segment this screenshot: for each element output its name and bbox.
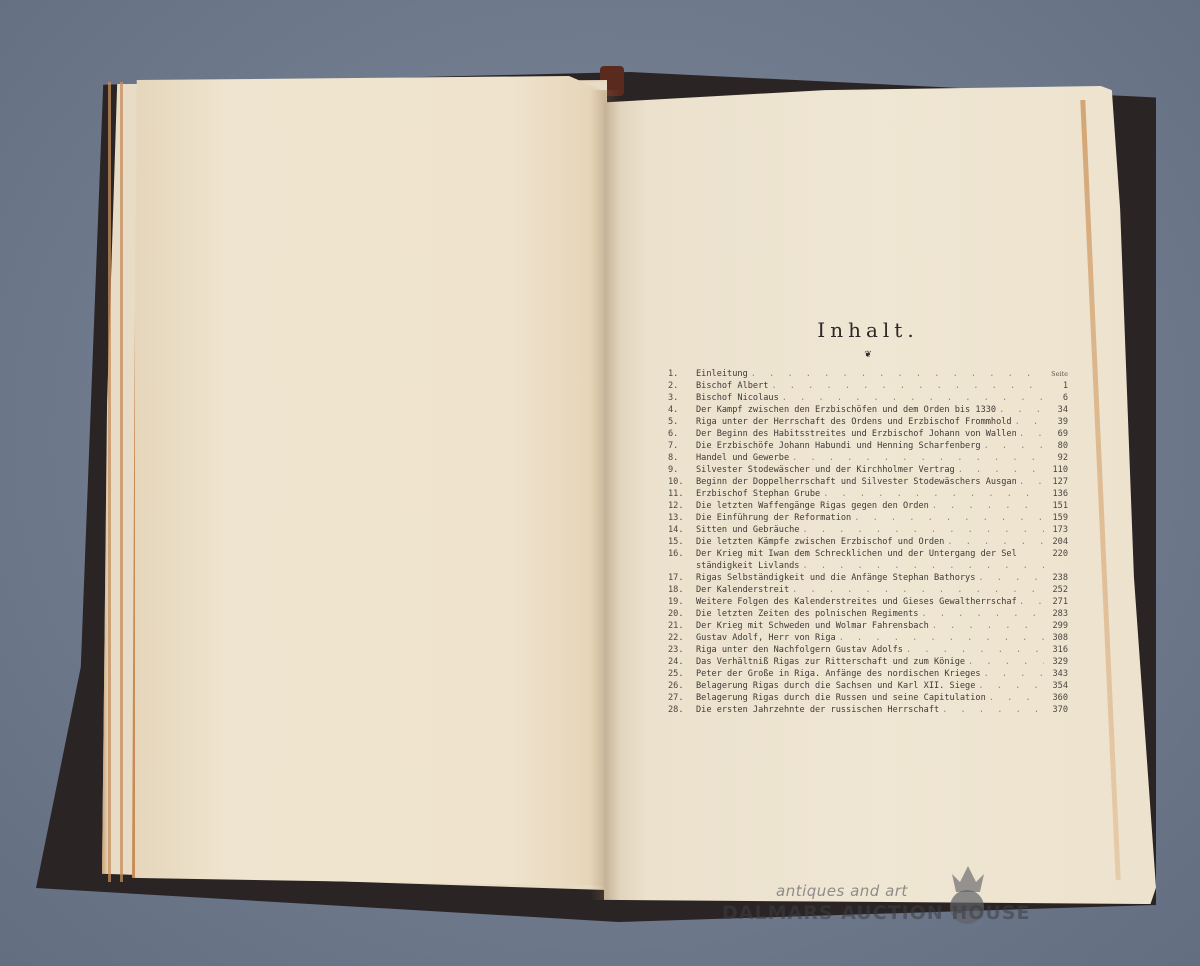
entry-page-number: 220 <box>1044 548 1068 560</box>
entry-title: Einleitung <box>696 368 748 380</box>
entry-page-number: 360 <box>1044 692 1068 704</box>
leader-dots <box>955 464 1044 476</box>
ornament-icon: ❦ <box>668 350 1068 360</box>
toc-list: 1.Einleitung2.Bischof Albert13.Bischof N… <box>668 368 1068 716</box>
entry-number: 3. <box>668 392 696 404</box>
entry-number: 1. <box>668 368 696 380</box>
entry-title: Rigas Selbständigkeit und die Anfänge St… <box>696 572 975 584</box>
entry-number: 16. <box>668 548 696 560</box>
page-title: Inhalt. <box>668 318 1068 342</box>
toc-entry: 8.Handel und Gewerbe92 <box>668 452 1068 464</box>
entry-title: Der Kalenderstreit <box>696 584 789 596</box>
toc-entry: 6.Der Beginn des Habitsstreites und Erzb… <box>668 428 1068 440</box>
entry-title: Der Krieg mit Schweden und Wolmar Fahren… <box>696 620 929 632</box>
toc-entry: 12.Die letzten Waffengänge Rigas gegen d… <box>668 500 1068 512</box>
page-edge-line <box>108 82 111 882</box>
leader-dots <box>851 512 1044 524</box>
leader-dots <box>981 668 1044 680</box>
entry-number: 4. <box>668 404 696 416</box>
entry-number: 14. <box>668 524 696 536</box>
entry-page-number: 329 <box>1044 656 1068 668</box>
table-of-contents: Inhalt. ❦ Seite 1.Einleitung2.Bischof Al… <box>668 318 1068 716</box>
toc-entry: 4.Der Kampf zwischen den Erzbischöfen un… <box>668 404 1068 416</box>
gutter <box>590 90 620 900</box>
leader-dots <box>965 656 1044 668</box>
entry-title: Die letzten Kämpfe zwischen Erzbischof u… <box>696 536 944 548</box>
toc-entry: 23.Riga unter den Nachfolgern Gustav Ado… <box>668 644 1068 656</box>
watermark-text: antiques and art <box>776 882 908 900</box>
entry-title: Gustav Adolf, Herr von Riga <box>696 632 836 644</box>
leader-dots <box>768 380 1044 392</box>
entry-number: 23. <box>668 644 696 656</box>
leader-dots <box>996 404 1044 416</box>
toc-entry: 18.Der Kalenderstreit252 <box>668 584 1068 596</box>
toc-entry: 19.Weitere Folgen des Kalenderstreites u… <box>668 596 1068 608</box>
entry-title: Der Krieg mit Iwan dem Schrecklichen und… <box>696 548 1016 560</box>
entry-page-number: 354 <box>1044 680 1068 692</box>
toc-entry: 20.Die letzten Zeiten des polnischen Reg… <box>668 608 1068 620</box>
entry-title: Belagerung Rigas durch die Russen und se… <box>696 692 986 704</box>
toc-entry: 1.Einleitung <box>668 368 1068 380</box>
entry-page-number: 271 <box>1044 596 1068 608</box>
entry-number: 8. <box>668 452 696 464</box>
leader-dots <box>903 644 1044 656</box>
toc-entry: 15.Die letzten Kämpfe zwischen Erzbischo… <box>668 536 1068 548</box>
leader-dots <box>918 608 1044 620</box>
entry-page-number: 173 <box>1044 524 1068 536</box>
toc-entry: 17.Rigas Selbständigkeit und die Anfänge… <box>668 572 1068 584</box>
left-page-blank <box>132 76 607 886</box>
entry-number: 25. <box>668 668 696 680</box>
entry-title: Die letzten Waffengänge Rigas gegen den … <box>696 500 929 512</box>
entry-number: 11. <box>668 488 696 500</box>
entry-title: Beginn der Doppelherrschaft und Silveste… <box>696 476 1016 488</box>
toc-entry: 10.Beginn der Doppelherrschaft und Silve… <box>668 476 1068 488</box>
toc-entry: 27.Belagerung Rigas durch die Russen und… <box>668 692 1068 704</box>
leader-dots <box>975 572 1044 584</box>
entry-page-number: 80 <box>1044 440 1068 452</box>
leader-dots <box>1016 596 1044 608</box>
entry-page-number: 308 <box>1044 632 1068 644</box>
toc-entry: 14.Sitten und Gebräuche173 <box>668 524 1068 536</box>
leader-dots <box>929 620 1044 632</box>
toc-entry: 11.Erzbischof Stephan Grube136 <box>668 488 1068 500</box>
entry-title: ständigkeit Livlands <box>696 560 799 572</box>
entry-title: Das Verhältniß Rigas zur Ritterschaft un… <box>696 656 965 668</box>
entry-number: 13. <box>668 512 696 524</box>
entry-number: 22. <box>668 632 696 644</box>
toc-entry: 7.Die Erzbischöfe Johann Habundi und Hen… <box>668 440 1068 452</box>
leader-dots <box>789 584 1044 596</box>
entry-title: Die Erzbischöfe Johann Habundi und Henni… <box>696 440 981 452</box>
entry-number: 15. <box>668 536 696 548</box>
entry-page-number: 204 <box>1044 536 1068 548</box>
toc-entry: 13.Die Einführung der Reformation159 <box>668 512 1068 524</box>
entry-page-number: 252 <box>1044 584 1068 596</box>
page-edge-line <box>120 82 123 882</box>
entry-title: Erzbischof Stephan Grube <box>696 488 820 500</box>
entry-title: Bischof Nicolaus <box>696 392 779 404</box>
entry-page-number: 159 <box>1044 512 1068 524</box>
entry-number: 28. <box>668 704 696 716</box>
entry-page-number: 343 <box>1044 668 1068 680</box>
entry-page-number: 6 <box>1044 392 1068 404</box>
entry-title: Belagerung Rigas durch die Sachsen und K… <box>696 680 975 692</box>
entry-page-number: 39 <box>1044 416 1068 428</box>
watermark-house-text: DALMARS AUCTION HOUSE <box>722 902 1030 924</box>
leader-dots <box>820 488 1044 500</box>
crown-icon <box>950 866 986 892</box>
leader-dots <box>1012 416 1044 428</box>
entry-title: Riga unter den Nachfolgern Gustav Adolfs <box>696 644 903 656</box>
entry-number: 2. <box>668 380 696 392</box>
toc-entry: 3.Bischof Nicolaus6 <box>668 392 1068 404</box>
toc-entry: 21.Der Krieg mit Schweden und Wolmar Fah… <box>668 620 1068 632</box>
leader-dots <box>939 704 1044 716</box>
leader-dots <box>789 452 1044 464</box>
toc-entry: 24.Das Verhältniß Rigas zur Ritterschaft… <box>668 656 1068 668</box>
leader-dots <box>975 680 1044 692</box>
entry-title: Der Beginn des Habitsstreites und Erzbis… <box>696 428 1016 440</box>
entry-number: 20. <box>668 608 696 620</box>
entry-number: 24. <box>668 656 696 668</box>
entry-number: 5. <box>668 416 696 428</box>
entry-page-number: 299 <box>1044 620 1068 632</box>
entry-page-number: 69 <box>1044 428 1068 440</box>
leader-dots <box>836 632 1044 644</box>
entry-title: Handel und Gewerbe <box>696 452 789 464</box>
entry-number: 17. <box>668 572 696 584</box>
entry-number: 27. <box>668 692 696 704</box>
entry-page-number: 370 <box>1044 704 1068 716</box>
entry-number: 6. <box>668 428 696 440</box>
leader-dots <box>986 692 1044 704</box>
leader-dots <box>981 440 1044 452</box>
entry-page-number: 110 <box>1044 464 1068 476</box>
entry-title: Die Einführung der Reformation <box>696 512 851 524</box>
toc-entry: 5.Riga unter der Herrschaft des Ordens u… <box>668 416 1068 428</box>
leader-dots <box>1016 476 1044 488</box>
entry-title: Weitere Folgen des Kalenderstreites und … <box>696 596 1016 608</box>
entry-page-number: 316 <box>1044 644 1068 656</box>
entry-page-number: 127 <box>1044 476 1068 488</box>
entry-page-number: 151 <box>1044 500 1068 512</box>
entry-page-number: 34 <box>1044 404 1068 416</box>
toc-entry: 26.Belagerung Rigas durch die Sachsen un… <box>668 680 1068 692</box>
toc-entry: 25.Peter der Große in Riga. Anfänge des … <box>668 668 1068 680</box>
entry-page-number: 283 <box>1044 608 1068 620</box>
entry-title: Bischof Albert <box>696 380 768 392</box>
toc-entry: 28.Die ersten Jahrzehnte der russischen … <box>668 704 1068 716</box>
entry-title: Die ersten Jahrzehnte der russischen Her… <box>696 704 939 716</box>
entry-number: 10. <box>668 476 696 488</box>
entry-page-number: 136 <box>1044 488 1068 500</box>
leader-dots <box>779 392 1044 404</box>
leader-dots <box>929 500 1044 512</box>
entry-number: 18. <box>668 584 696 596</box>
entry-number: 19. <box>668 596 696 608</box>
entry-title: Sitten und Gebräuche <box>696 524 799 536</box>
entry-title: Peter der Große in Riga. Anfänge des nor… <box>696 668 981 680</box>
entry-page-number: 92 <box>1044 452 1068 464</box>
entry-number: 7. <box>668 440 696 452</box>
toc-entry: ständigkeit Livlands <box>668 560 1068 572</box>
leader-dots <box>799 560 1044 572</box>
entry-title: Riga unter der Herrschaft des Ordens und… <box>696 416 1012 428</box>
entry-number: 9. <box>668 464 696 476</box>
toc-entry: 9.Silvester Stodewäscher und der Kirchho… <box>668 464 1068 476</box>
entry-page-number: 1 <box>1044 380 1068 392</box>
leader-dots <box>944 536 1044 548</box>
leader-dots <box>799 524 1044 536</box>
entry-number: 21. <box>668 620 696 632</box>
entry-number: 12. <box>668 500 696 512</box>
leader-dots <box>1016 428 1044 440</box>
entry-page-number: 238 <box>1044 572 1068 584</box>
entry-number: 26. <box>668 680 696 692</box>
entry-title: Die letzten Zeiten des polnischen Regime… <box>696 608 918 620</box>
toc-entry: 2.Bischof Albert1 <box>668 380 1068 392</box>
leader-dots <box>748 368 1044 380</box>
toc-entry: 22.Gustav Adolf, Herr von Riga308 <box>668 632 1068 644</box>
entry-title: Der Kampf zwischen den Erzbischöfen und … <box>696 404 996 416</box>
toc-entry: 16.Der Krieg mit Iwan dem Schrecklichen … <box>668 548 1068 560</box>
entry-title: Silvester Stodewäscher und der Kirchholm… <box>696 464 955 476</box>
